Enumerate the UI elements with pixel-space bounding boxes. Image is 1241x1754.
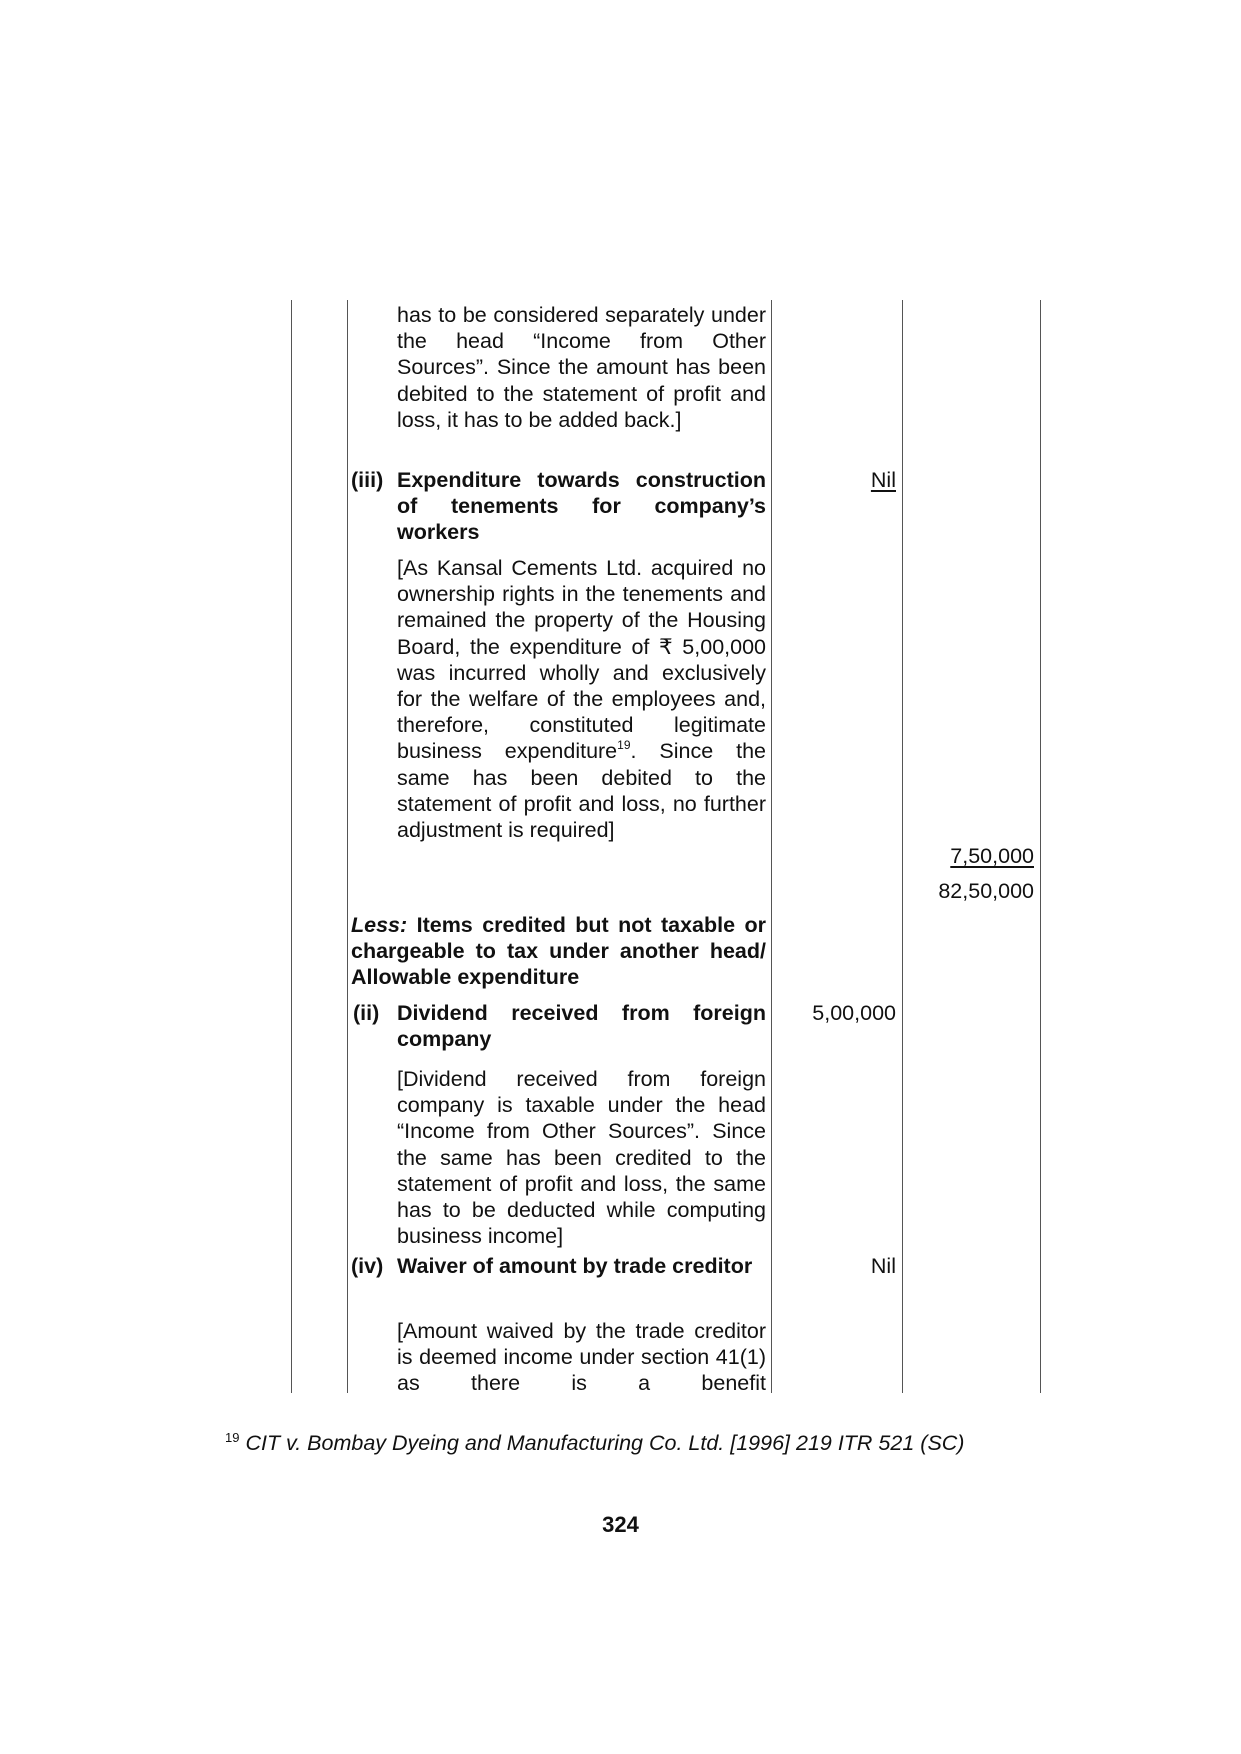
- explanation-text: [As Kansal Cements Ltd. acquired no owne…: [397, 556, 766, 763]
- item-number: (iv): [351, 1253, 383, 1279]
- less-heading-text: Items credited but not taxable or charge…: [351, 913, 766, 989]
- table-border-amount-right: [902, 300, 903, 1393]
- footnote-text: CIT v. Bombay Dyeing and Manufacturing C…: [245, 1431, 964, 1455]
- table-border-right: [1040, 300, 1041, 1393]
- table-border-particulars-left: [347, 300, 348, 1393]
- item-amount: 5,00,000: [780, 1000, 896, 1026]
- item-explanation: [Amount waived by the trade creditor is …: [397, 1318, 766, 1397]
- table-border-particulars-right: [771, 300, 772, 1393]
- item-amount: Nil: [780, 467, 896, 493]
- item-heading: Dividend received from foreign company: [397, 1000, 766, 1052]
- footnote: 19 CIT v. Bombay Dyeing and Manufacturin…: [225, 1431, 964, 1456]
- continuation-paragraph: has to be considered separately under th…: [397, 302, 766, 433]
- running-total-amount: 82,50,000: [910, 878, 1034, 904]
- less-label: Less:: [351, 913, 407, 937]
- page-number: 324: [0, 1512, 1241, 1538]
- item-heading: Waiver of amount by trade creditor: [397, 1253, 766, 1279]
- item-number: (iii): [351, 467, 383, 493]
- item-explanation: [As Kansal Cements Ltd. acquired no owne…: [397, 555, 766, 843]
- less-heading: Less: Items credited but not taxable or …: [351, 912, 766, 991]
- subtotal-add-amount: 7,50,000: [910, 843, 1034, 869]
- footnote-reference: 19: [617, 738, 630, 752]
- item-heading: Expenditure towards construction of tene…: [397, 467, 766, 546]
- item-explanation: [Dividend received from foreign company …: [397, 1066, 766, 1249]
- item-amount: Nil: [780, 1253, 896, 1279]
- item-number: (ii): [353, 1000, 379, 1026]
- footnote-number: 19: [225, 1430, 239, 1445]
- table-border-left: [291, 300, 292, 1393]
